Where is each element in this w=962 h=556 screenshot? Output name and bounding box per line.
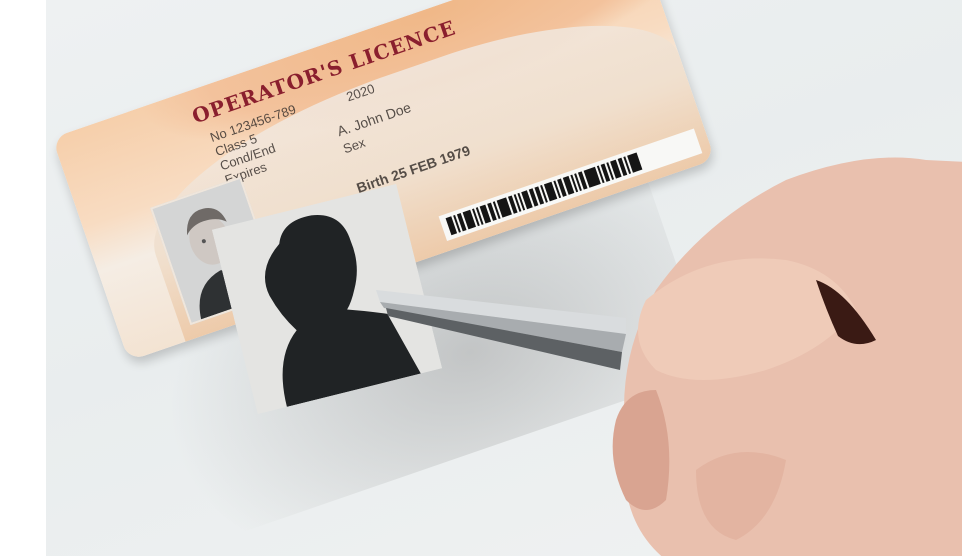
hand-icon <box>586 140 962 556</box>
stock-photo: OPERATOR'S LICENCE No 123456-789 Class 5… <box>46 0 962 556</box>
